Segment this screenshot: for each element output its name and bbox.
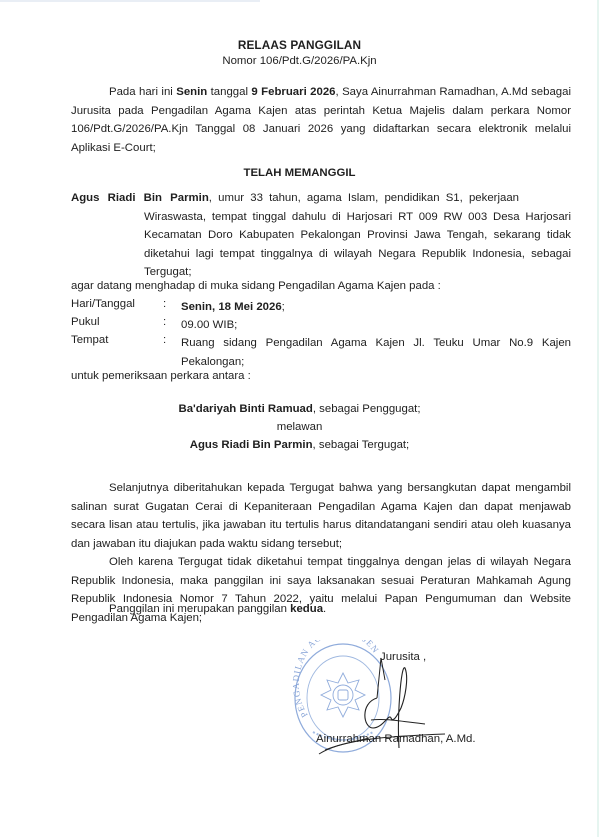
defendant-name-short: Agus Riadi Bin Parmin: [190, 439, 313, 451]
summons-order: Panggilan ini merupakan panggilan kedua.: [109, 603, 326, 615]
signature-block: PENGADILAN AGAMA KAJEN Jurusita , Ainurr…: [280, 640, 580, 760]
case-number: Nomor 106/Pdt.G/2026/PA.Kjn: [0, 55, 599, 67]
document-title: RELAAS PANGGILAN: [0, 38, 599, 52]
signer-role: Jurusita ,: [380, 651, 426, 663]
schedule-label: Pukul: [71, 316, 100, 328]
scan-edge-top: [0, 0, 260, 2]
schedule-label: Tempat: [71, 334, 108, 346]
summon-intro: agar datang menghadap di muka sidang Pen…: [71, 280, 441, 292]
notice-paragraph: Selanjutnya diberitahukan kepada Terguga…: [71, 479, 571, 553]
case-intro: untuk pemeriksaan perkara antara :: [71, 370, 251, 382]
defendant-name: Agus Riadi Bin Parmin: [71, 192, 209, 204]
reason-paragraph: Oleh karena Tergugat tidak diketahui tem…: [71, 553, 571, 627]
defendant-line: Agus Riadi Bin Parmin, sebagai Tergugat;: [0, 439, 599, 451]
hearing-time: 09.00 WIB;: [181, 316, 571, 335]
schedule-label: Hari/Tanggal: [71, 298, 135, 310]
hearing-place: Ruang sidang Pengadilan Agama Kajen Jl. …: [181, 334, 571, 371]
plaintiff-line: Ba'dariyah Binti Ramuad, sebagai Penggug…: [0, 403, 599, 415]
opening-date: 9 Februari 2026: [251, 86, 335, 98]
signer-name: Ainurrahman Ramadhan, A.Md.: [316, 733, 476, 745]
plaintiff-name: Ba'dariyah Binti Ramuad: [178, 403, 312, 415]
document-page: RELAAS PANGGILAN Nomor 106/Pdt.G/2026/PA…: [0, 0, 599, 837]
hearing-date: Senin, 18 Mei 2026: [181, 301, 282, 313]
defendant-details: Wiraswasta, tempat tinggal dahulu di Har…: [144, 208, 571, 282]
called-heading: TELAH MEMANGGIL: [0, 167, 599, 179]
summons-ordinal: kedua: [290, 603, 323, 615]
opening-day: Senin: [176, 86, 207, 98]
versus-line: melawan: [0, 421, 599, 433]
opening-paragraph: Pada hari ini Senin tanggal 9 Februari 2…: [71, 83, 571, 157]
